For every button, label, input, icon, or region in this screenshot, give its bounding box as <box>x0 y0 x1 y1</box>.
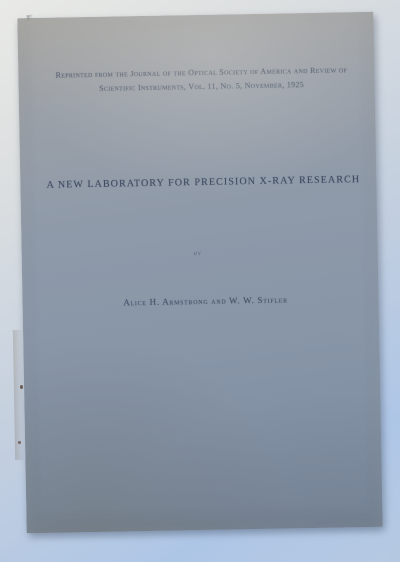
top-left-corner-nick <box>27 15 34 21</box>
cover-text-block: Reprinted from the Journal of the Optica… <box>17 12 382 533</box>
author-names: Alice H. Armstrong and W. W. Stifler <box>27 293 383 310</box>
pamphlet-cover: Reprinted from the Journal of the Optica… <box>17 12 382 533</box>
photo-backdrop: Reprinted from the Journal of the Optica… <box>0 0 400 562</box>
reprint-source-note: Reprinted from the Journal of the Optica… <box>23 63 379 98</box>
page-title: A NEW LABORATORY FOR PRECISION X-RAY RES… <box>25 174 381 192</box>
byline-label: by <box>20 245 376 261</box>
edge-speck <box>20 385 23 389</box>
edge-speck <box>18 441 21 444</box>
